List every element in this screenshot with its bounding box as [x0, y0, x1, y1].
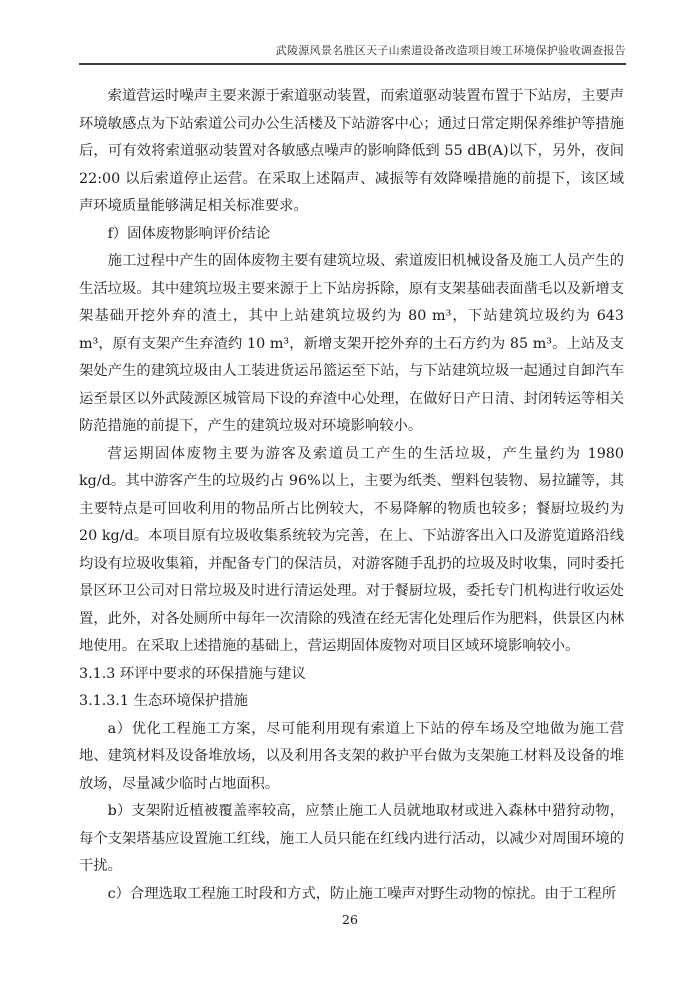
- page-footer: 26: [0, 912, 700, 928]
- paragraph-operation-waste: 营运期固体废物主要为游客及索道员工产生的生活垃圾，产生量约为 1980 kg/d…: [79, 441, 624, 661]
- paragraph-construction-waste: 施工过程中产生的固体废物主要有建筑垃圾、索道废旧机械设备及施工人员产生的生活垃圾…: [79, 248, 624, 441]
- document-body: 索道营运时噪声主要来源于索道驱动装置，而索道驱动装置布置于下站房，主要声环境敏感…: [79, 83, 624, 908]
- paragraph-measure-b: b）支架附近植被覆盖率较高，应禁止施工人员就地取材或进入森林中猎狩动物，每个支架…: [79, 798, 624, 881]
- document-page: 武陵源风景名胜区天子山索道设备改造项目竣工环境保护验收调查报告 索道营运时噪声主…: [0, 0, 700, 990]
- paragraph-measure-c: c）合理选取工程施工时段和方式，防止施工噪声对野生动物的惊扰。由于工程所: [79, 881, 624, 909]
- page-number: 26: [342, 912, 358, 927]
- running-header: 武陵源风景名胜区天子山索道设备改造项目竣工环境保护验收调查报告: [79, 43, 626, 65]
- paragraph-noise-conclusion: 索道营运时噪声主要来源于索道驱动装置，而索道驱动装置布置于下站房，主要声环境敏感…: [79, 83, 624, 221]
- heading-solid-waste-conclusion: f）固体废物影响评价结论: [79, 221, 624, 249]
- heading-section-3-1-3: 3.1.3 环评中要求的环保措施与建议: [79, 661, 624, 689]
- running-header-title: 武陵源风景名胜区天子山索道设备改造项目竣工环境保护验收调查报告: [276, 44, 626, 57]
- heading-section-3-1-3-1: 3.1.3.1 生态环境保护措施: [79, 688, 624, 716]
- paragraph-measure-a: a）优化工程施工方案，尽可能利用现有索道上下站的停车场及空地做为施工营地、建筑材…: [79, 716, 624, 799]
